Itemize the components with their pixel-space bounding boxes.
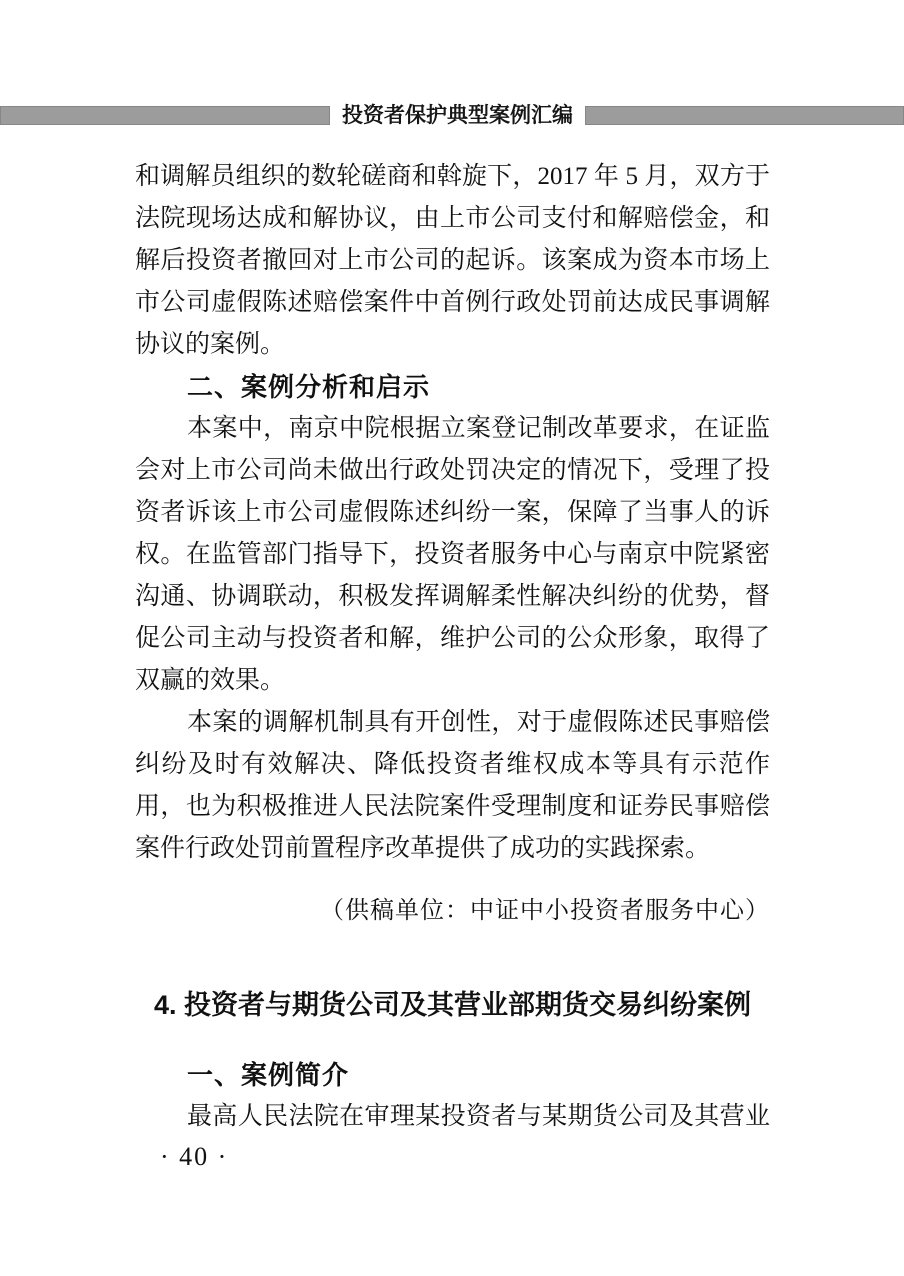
header-bar-left	[0, 106, 330, 125]
paragraph-continuation: 和调解员组织的数轮磋商和斡旋下，2017 年 5 月，双方于 法院现场达成和解协…	[135, 156, 770, 366]
section-heading-analysis: 二、案例分析和启示	[135, 366, 770, 408]
text-line: 市公司虚假陈述赔偿案件中首例行政处罚前达成民事调解	[135, 282, 770, 324]
paragraph-analysis-2: 本案的调解机制具有开创性，对于虚假陈述民事赔偿 纠纷及时有效解决、降低投资者维权…	[135, 702, 770, 870]
text-line: 案件行政处罚前置程序改革提供了成功的实践探索。	[135, 828, 770, 870]
page-number: · 40 ·	[160, 1140, 228, 1174]
case4-title: 4. 投资者与期货公司及其营业部期货交易纠纷案例	[135, 982, 770, 1028]
text-line: 促公司主动与投资者和解，维护公司的公众形象，取得了	[135, 618, 770, 660]
text-line: 权。在监管部门指导下，投资者服务中心与南京中院紧密	[135, 534, 770, 576]
text-line: 协议的案例。	[135, 324, 770, 366]
section-heading-intro: 一、案例简介	[135, 1054, 770, 1096]
text-line: 用，也为积极推进人民法院案件受理制度和证券民事赔偿	[135, 786, 770, 828]
paragraph-analysis-1: 本案中，南京中院根据立案登记制改革要求，在证监 会对上市公司尚未做出行政处罚决定…	[135, 408, 770, 702]
text-column: 和调解员组织的数轮磋商和斡旋下，2017 年 5 月，双方于 法院现场达成和解协…	[135, 156, 770, 1138]
text-line: 法院现场达成和解协议，由上市公司支付和解赔偿金，和	[135, 198, 770, 240]
text-line: 最高人民法院在审理某投资者与某期货公司及其营业	[135, 1096, 770, 1138]
running-head-title: 投资者保护典型案例汇编	[330, 104, 585, 128]
text-line: 沟通、协调联动，积极发挥调解柔性解决纠纷的优势，督	[135, 576, 770, 618]
text-line: 双赢的效果。	[135, 660, 770, 702]
text-line: 本案的调解机制具有开创性，对于虚假陈述民事赔偿	[135, 702, 770, 744]
text-line: 资者诉该上市公司虚假陈述纠纷一案，保障了当事人的诉	[135, 492, 770, 534]
text-line: 纠纷及时有效解决、降低投资者维权成本等具有示范作	[135, 744, 770, 786]
attribution-line: （供稿单位：中证中小投资者服务中心）	[135, 890, 770, 932]
text-line: 和调解员组织的数轮磋商和斡旋下，2017 年 5 月，双方于	[135, 156, 770, 198]
header-bar-right	[585, 106, 904, 125]
book-page: 投资者保护典型案例汇编 和调解员组织的数轮磋商和斡旋下，2017 年 5 月，双…	[0, 0, 904, 1276]
text-line: 会对上市公司尚未做出行政处罚决定的情况下，受理了投	[135, 450, 770, 492]
text-line: 解后投资者撤回对上市公司的起诉。该案成为资本市场上	[135, 240, 770, 282]
text-line: 本案中，南京中院根据立案登记制改革要求，在证监	[135, 408, 770, 450]
paragraph-case4: 最高人民法院在审理某投资者与某期货公司及其营业	[135, 1096, 770, 1138]
